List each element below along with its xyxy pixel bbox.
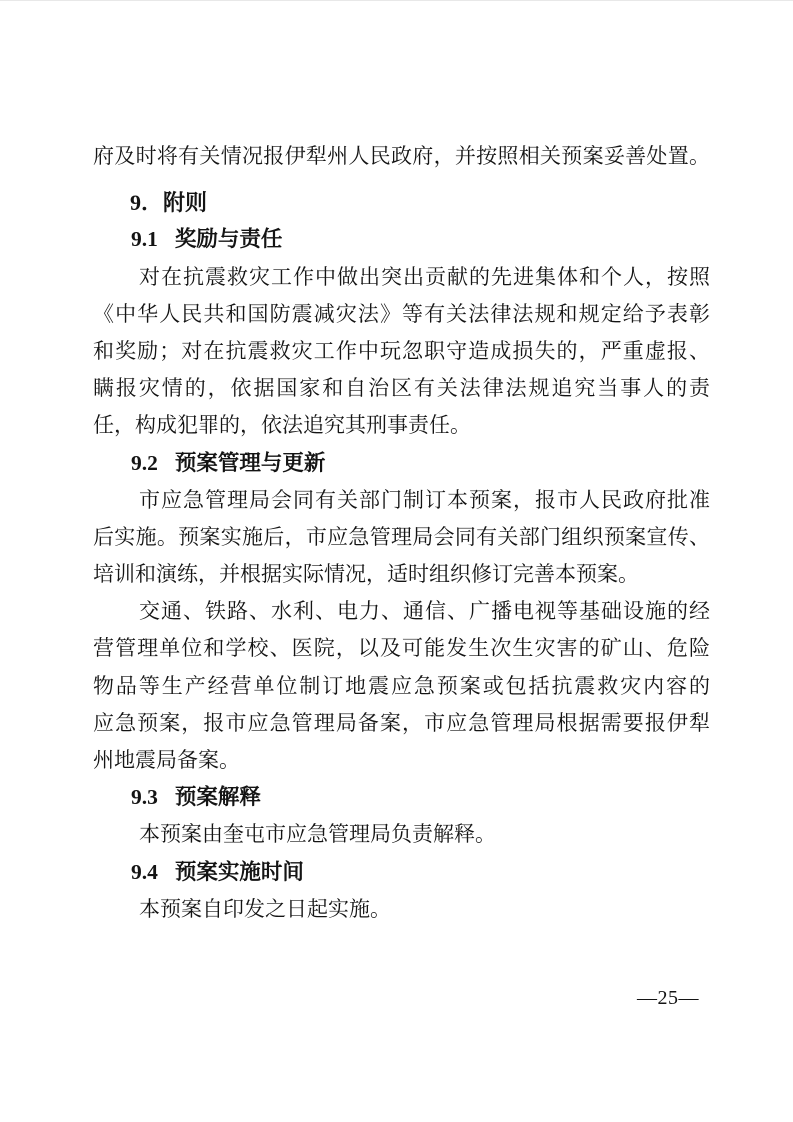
paragraph: 本预案自印发之日起实施。 [93, 891, 710, 928]
text-line: 应急预案，报市应急管理局备案，市应急管理局根据需要报伊犁 [93, 705, 710, 742]
section-heading-9-4: 9.4预案实施时间 [93, 854, 710, 891]
text-line: 本预案自印发之日起实施。 [93, 891, 710, 928]
text-line: 营管理单位和学校、医院，以及可能发生次生灾害的矿山、危险 [93, 630, 710, 667]
chapter-heading: 9．附则 [93, 184, 710, 221]
section-number: 9.3 [131, 785, 158, 809]
section-heading-9-2: 9.2预案管理与更新 [93, 445, 710, 482]
section-number: 9.2 [131, 451, 158, 475]
text-line: 市应急管理局会同有关部门制订本预案，报市人民政府批准 [93, 482, 710, 519]
paragraph: 对在抗震救灾工作中做出突出贡献的先进集体和个人，按照 《中华人民共和国防震减灾法… [93, 259, 710, 445]
section-heading-9-3: 9.3预案解释 [93, 779, 710, 816]
text-line: 后实施。预案实施后，市应急管理局会同有关部门组织预案宣传、 [93, 519, 710, 556]
text-line: 瞒报灾情的，依据国家和自治区有关法律法规追究当事人的责 [93, 370, 710, 407]
paragraph: 交通、铁路、水利、电力、通信、广播电视等基础设施的经 营管理单位和学校、医院，以… [93, 593, 710, 779]
text-line: 交通、铁路、水利、电力、通信、广播电视等基础设施的经 [93, 593, 710, 630]
section-number: 9.1 [131, 227, 158, 251]
section-title: 预案实施时间 [175, 860, 304, 884]
text-line: 对在抗震救灾工作中做出突出贡献的先进集体和个人，按照 [93, 259, 710, 296]
text-line: 本预案由奎屯市应急管理局负责解释。 [93, 816, 710, 853]
text-line: 物品等生产经营单位制订地震应急预案或包括抗震救灾内容的 [93, 668, 710, 705]
text-line: 培训和演练，并根据实际情况，适时组织修订完善本预案。 [93, 556, 710, 593]
section-title: 预案管理与更新 [175, 451, 326, 475]
document-page: 府及时将有关情况报伊犁州人民政府，并按照相关预案妥善处置。 9．附则 9.1奖励… [0, 0, 793, 1122]
continuation-text-line: 府及时将有关情况报伊犁州人民政府，并按照相关预案妥善处置。 [93, 138, 710, 175]
section-number: 9.4 [131, 860, 158, 884]
section-title: 预案解释 [175, 785, 261, 809]
document-content: 府及时将有关情况报伊犁州人民政府，并按照相关预案妥善处置。 9．附则 9.1奖励… [93, 138, 710, 928]
text-line: 任，构成犯罪的，依法追究其刑事责任。 [93, 407, 710, 444]
paragraph: 市应急管理局会同有关部门制订本预案，报市人民政府批准 后实施。预案实施后，市应急… [93, 482, 710, 594]
page-number: —25— [637, 987, 699, 1010]
text-line: 和奖励；对在抗震救灾工作中玩忽职守造成损失的，严重虚报、 [93, 333, 710, 370]
text-line: 《中华人民共和国防震减灾法》等有关法律法规和规定给予表彰 [93, 296, 710, 333]
text-line: 州地震局备案。 [93, 742, 710, 779]
section-title: 奖励与责任 [175, 227, 283, 251]
paragraph: 本预案由奎屯市应急管理局负责解释。 [93, 816, 710, 853]
section-heading-9-1: 9.1奖励与责任 [93, 221, 710, 258]
